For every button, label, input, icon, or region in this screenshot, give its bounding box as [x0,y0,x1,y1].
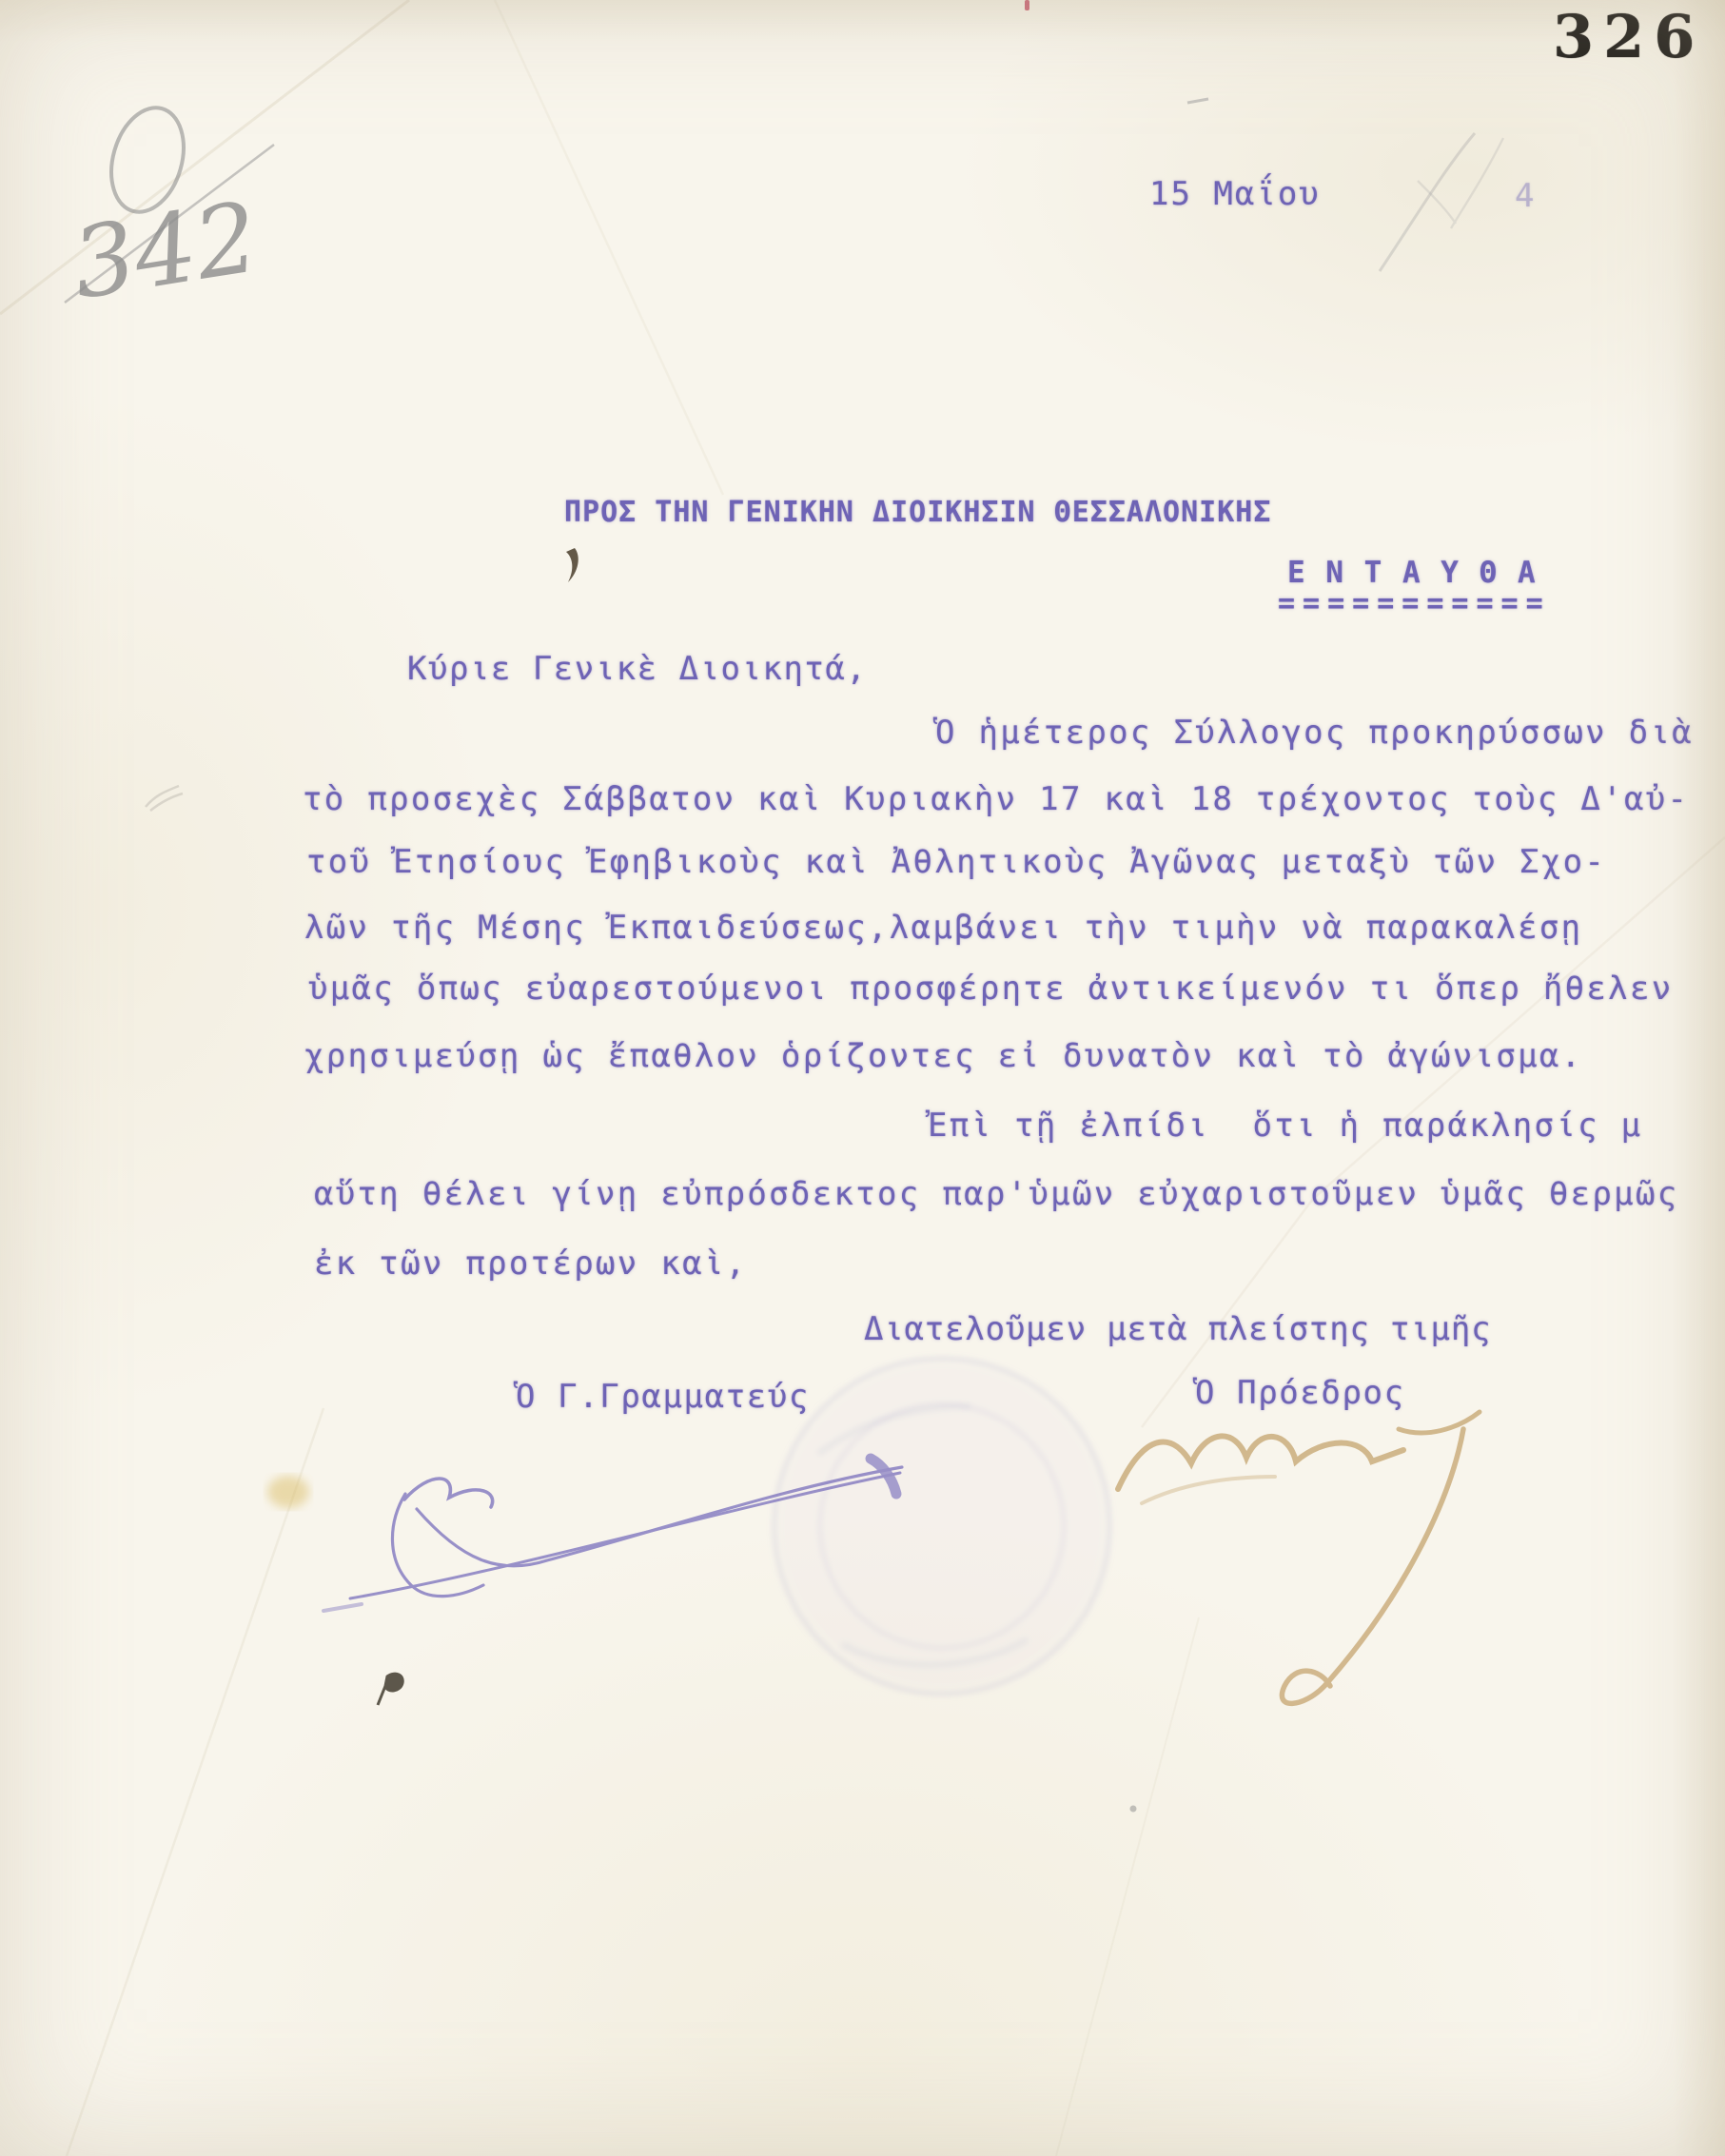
registry-number: 342 [65,181,265,322]
president-signature [1085,1370,1532,1741]
yellow-stain [255,1463,322,1520]
recipient-line: ΠΡΟΣ ΤΗΝ ΓΕΝΙΚΗΝ ΔΙΟΙΚΗΣΙΝ ΘΕΣΣΑΛΟΝΙΚΗΣ [564,497,1271,528]
gray-speck [1125,1800,1144,1819]
apostrophe-ink-mark [565,548,584,586]
delivery-line: Ε Ν Τ Α Υ Θ Α [1287,557,1537,589]
secretary-signature [323,1416,942,1644]
body-line: τὸ προσεχὲς Σάββατον καὶ Κυριακὴν 17 καὶ… [303,782,1689,817]
salutation: Κύριε Γενικὲ Διοικητά, [407,652,867,687]
delivery-underline: =========== [1278,588,1551,619]
body-line: λῶν τῆς Μέσης Ἐκπαιδεύσεως,λαμβάνει τὴν … [304,911,1582,946]
date-line: 15 Μαΐου [1149,177,1321,212]
folio-number: 326 [1553,2,1704,71]
ink-speck-bottom-left [376,1667,416,1711]
date-mark: 4 [1515,179,1534,214]
margin-smudge [141,778,188,816]
body-line: τοῦ Ἐτησίους Ἐφηβικοὺς καὶ Ἀθλητικοὺς Ἀγ… [306,845,1606,880]
body-line: ὑμᾶς ὅπως εὐαρεστούμενοι προσφέρητε ἀντι… [308,971,1674,1007]
pencil-scribble-top-right [1361,128,1522,281]
scanned-letter-page: 326 342 15 Μαΐου 4 ΠΡΟΣ ΤΗΝ ΓΕΝΙΚΗΝ ΔΙΟΙ… [0,0,1725,2156]
red-speck-top-edge [1022,0,1033,13]
body-line: αὕτη θέλει γίνῃ εὐπρόσδεκτος παρ'ὑμῶν εὐ… [314,1177,1679,1212]
body-line: Ὁ ἡμέτερος Σύλλογος προκηρύσσων διὰ [935,715,1694,751]
small-dash-mark [1186,95,1214,107]
body-line: ἐκ τῶν προτέρων καὶ, [314,1246,747,1282]
pencil-registry-annotation: 342 [48,95,323,323]
body-line: χρησιμεύσῃ ὡς ἔπαθλον ὁρίζοντες εἰ δυνατ… [304,1039,1582,1074]
body-line: Ἐπὶ τῇ ἐλπίδι ὅτι ἡ παράκλησίς μ [928,1108,1642,1144]
